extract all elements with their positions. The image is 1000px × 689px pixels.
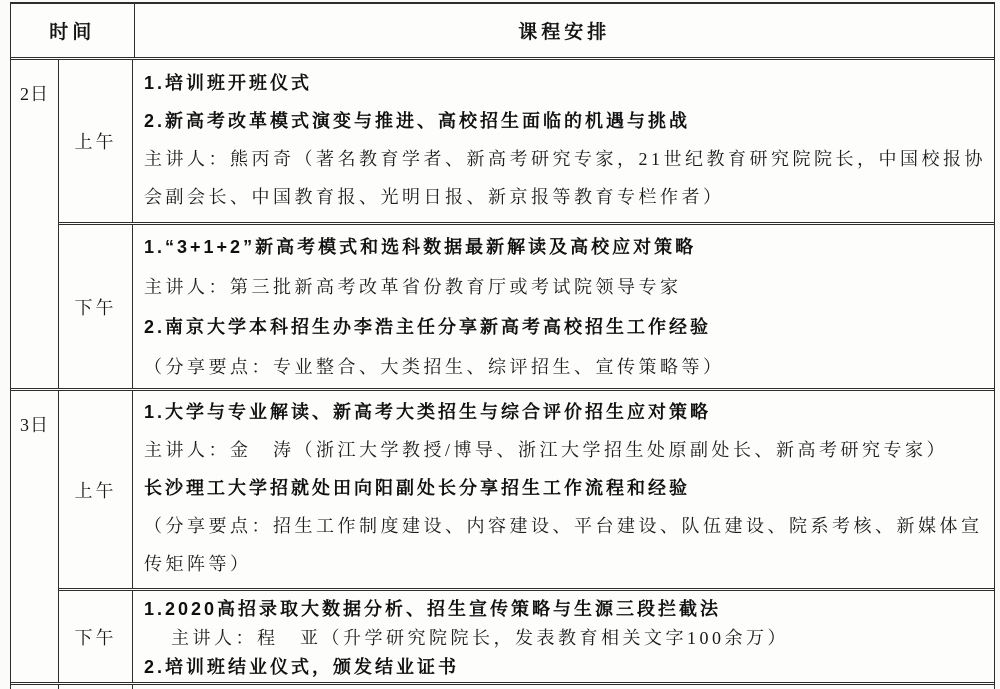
period-label-cell: 上午 — [59, 391, 133, 588]
period-label-cell: 下午 — [59, 591, 133, 682]
schedule-content-cell: 1.培训班开班仪式 2.新高考改革模式演变与推进、高校招生面临的机遇与挑战 主讲… — [133, 60, 994, 222]
day-label-cell: 2日 — [11, 60, 59, 388]
day-row-3: 3日 上午 1.大学与专业解读、新高考大类招生与综合评价招生应对策略 主讲人：金… — [11, 388, 994, 682]
table-header-row: 时间 课程安排 — [11, 4, 994, 57]
period-label: 下午 — [75, 624, 117, 650]
scanned-document-page: 时间 课程安排 2日 上午 1.培训班开班仪式 2.新高考改革模式演变与推进、高… — [0, 0, 1000, 689]
period-label: 上午 — [75, 477, 117, 503]
session-day3-morning: 上午 1.大学与专业解读、新高考大类招生与综合评价招生应对策略 主讲人：金 涛（… — [59, 391, 994, 588]
speaker-line: 主讲人：第三批新高考改革省份教育厅或考试院领导专家 — [144, 267, 992, 307]
day-label-cell: 3日 — [11, 391, 59, 682]
schedule-line: 2.南京大学本科招生办李浩主任分享新高考高校招生工作经验 — [144, 307, 992, 347]
session-day2-morning: 上午 1.培训班开班仪式 2.新高考改革模式演变与推进、高校招生面临的机遇与挑战… — [59, 60, 994, 222]
day-label-cell — [11, 685, 59, 689]
session-day3-afternoon: 下午 1.2020高招录取大数据分析、招生宣传策略与生源三段拦截法 主讲人：程 … — [59, 588, 994, 682]
period-label-cell: 上午 — [59, 60, 133, 222]
period-label: 上午 — [75, 128, 117, 154]
day-label: 2日 — [20, 80, 49, 106]
schedule-line: 长沙理工大学招就处田向阳副处长分享招生工作流程和经验 — [144, 469, 992, 507]
schedule-content-cell: 1.“3+1+2”新高考模式和选科数据最新解读及高校应对策略 主讲人：第三批新高… — [133, 225, 994, 388]
schedule-line: 1.培训班开班仪式 — [144, 64, 992, 102]
period-label-cell: 下午 — [59, 225, 133, 388]
course-schedule-table: 时间 课程安排 2日 上午 1.培训班开班仪式 2.新高考改革模式演变与推进、高… — [10, 2, 995, 689]
speaker-line: 主讲人：熊丙奇（著名教育学者、新高考研究专家，21世纪教育研究院院长，中国校报协… — [144, 140, 992, 216]
time-column-header: 时间 — [11, 4, 135, 57]
schedule-line: 1.大学与专业解读、新高考大类招生与综合评价招生应对策略 — [144, 393, 992, 431]
share-points-line: （分享要点：招生工作制度建设、内容建设、平台建设、队伍建设、院系考核、新媒体宣传… — [144, 507, 992, 583]
day-row-2: 2日 上午 1.培训班开班仪式 2.新高考改革模式演变与推进、高校招生面临的机遇… — [11, 57, 994, 388]
session-day2-afternoon: 下午 1.“3+1+2”新高考模式和选科数据最新解读及高校应对策略 主讲人：第三… — [59, 222, 994, 388]
schedule-line: 2.培训班结业仪式，颁发结业证书 — [144, 653, 992, 682]
period-label: 下午 — [75, 294, 117, 320]
schedule-content-cell: 1.2020高招录取大数据分析、招生宣传策略与生源三段拦截法 主讲人：程 亚（升… — [133, 591, 994, 682]
speaker-line: 主讲人：程 亚（升学研究院院长，发表教育相关文字100余万） — [144, 624, 992, 653]
schedule-line: 1.“3+1+2”新高考模式和选科数据最新解读及高校应对策略 — [144, 227, 992, 267]
schedule-content-cell — [133, 685, 994, 689]
clipped-next-row — [11, 682, 994, 689]
schedule-line: 1.2020高招录取大数据分析、招生宣传策略与生源三段拦截法 — [144, 595, 992, 624]
share-points-line: （分享要点：专业整合、大类招生、综评招生、宣传策略等） — [144, 347, 992, 387]
day-label: 3日 — [20, 411, 49, 437]
schedule-line: 2.新高考改革模式演变与推进、高校招生面临的机遇与挑战 — [144, 102, 992, 140]
schedule-column-header: 课程安排 — [135, 4, 995, 57]
schedule-content-cell: 1.大学与专业解读、新高考大类招生与综合评价招生应对策略 主讲人：金 涛（浙江大… — [133, 391, 994, 588]
speaker-line: 主讲人：金 涛（浙江大学教授/博导、浙江大学招生处原副处长、新高考研究专家） — [144, 431, 992, 469]
period-label-cell — [59, 685, 133, 689]
day-3-sessions: 上午 1.大学与专业解读、新高考大类招生与综合评价招生应对策略 主讲人：金 涛（… — [59, 391, 994, 682]
day-2-sessions: 上午 1.培训班开班仪式 2.新高考改革模式演变与推进、高校招生面临的机遇与挑战… — [59, 60, 994, 388]
